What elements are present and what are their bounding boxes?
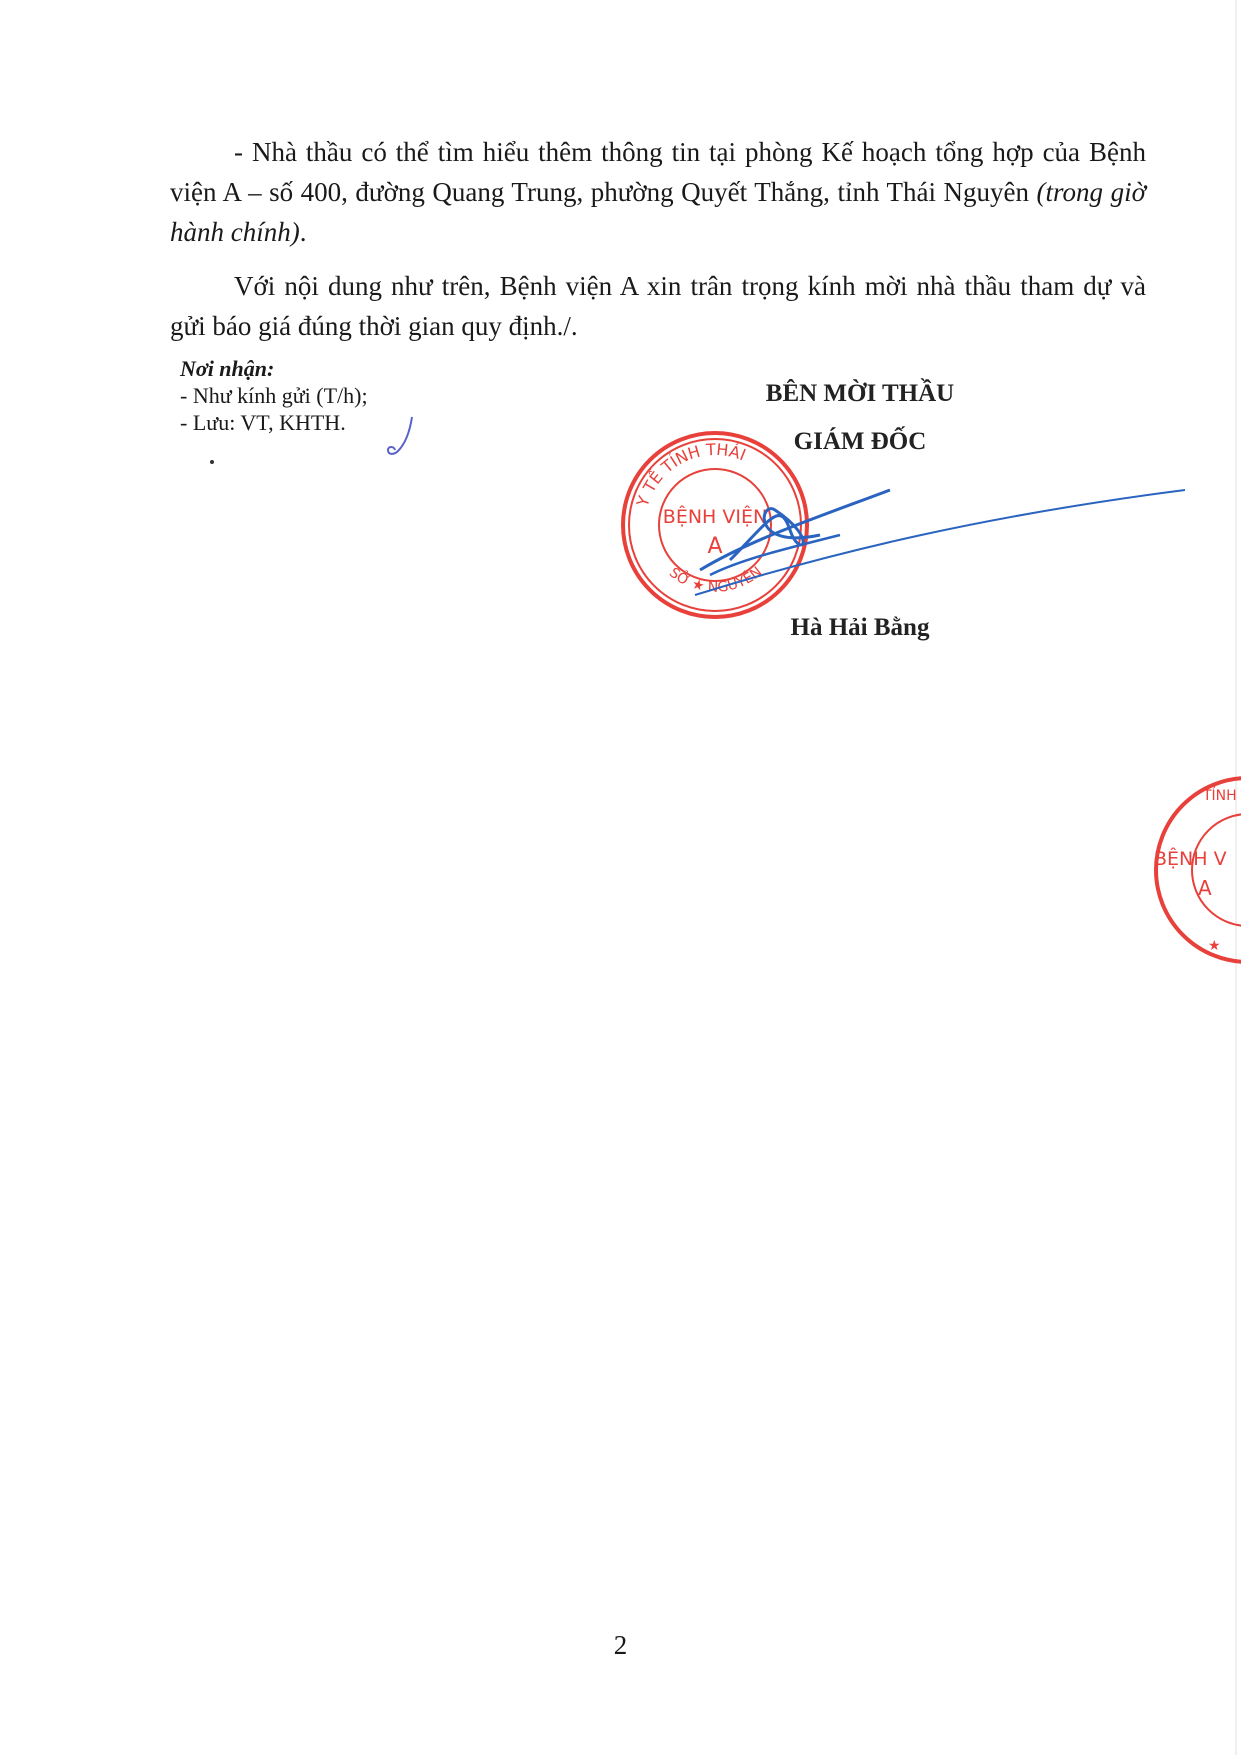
page-number: 2 <box>0 1630 1241 1661</box>
paragraph-invitation-text: Với nội dung như trên, Bệnh viện A xin t… <box>170 271 1146 341</box>
recipients-block: Nơi nhận: - Như kính gửi (T/h); - Lưu: V… <box>180 355 368 436</box>
paragraph-end-punct: . <box>300 217 307 247</box>
svg-text:A: A <box>1198 876 1212 900</box>
svg-text:★: ★ <box>1208 938 1221 954</box>
recipient-item: - Như kính gửi (T/h); <box>180 382 368 409</box>
paragraph-contact-info: - Nhà thầu có thể tìm hiểu thêm thông ti… <box>170 132 1146 252</box>
signature-icon <box>690 480 1190 610</box>
organization-label: BÊN MỜI THẦU <box>700 370 1020 418</box>
stray-dot <box>210 460 214 464</box>
svg-text:BỆNH V: BỆNH V <box>1154 847 1227 870</box>
recipients-title: Nơi nhận: <box>180 355 368 382</box>
svg-text:TỈNH: TỈNH <box>1202 786 1237 804</box>
paragraph-contact-text: - Nhà thầu có thể tìm hiểu thêm thông ti… <box>170 137 1146 207</box>
partial-stamp-icon: TỈNH BỆNH V A ★ <box>1148 770 1241 970</box>
initial-mark-icon <box>380 415 420 460</box>
signer-name: Hà Hải Bằng <box>700 614 1020 642</box>
recipient-item: - Lưu: VT, KHTH. <box>180 409 368 436</box>
paragraph-invitation: Với nội dung như trên, Bệnh viện A xin t… <box>170 266 1146 346</box>
